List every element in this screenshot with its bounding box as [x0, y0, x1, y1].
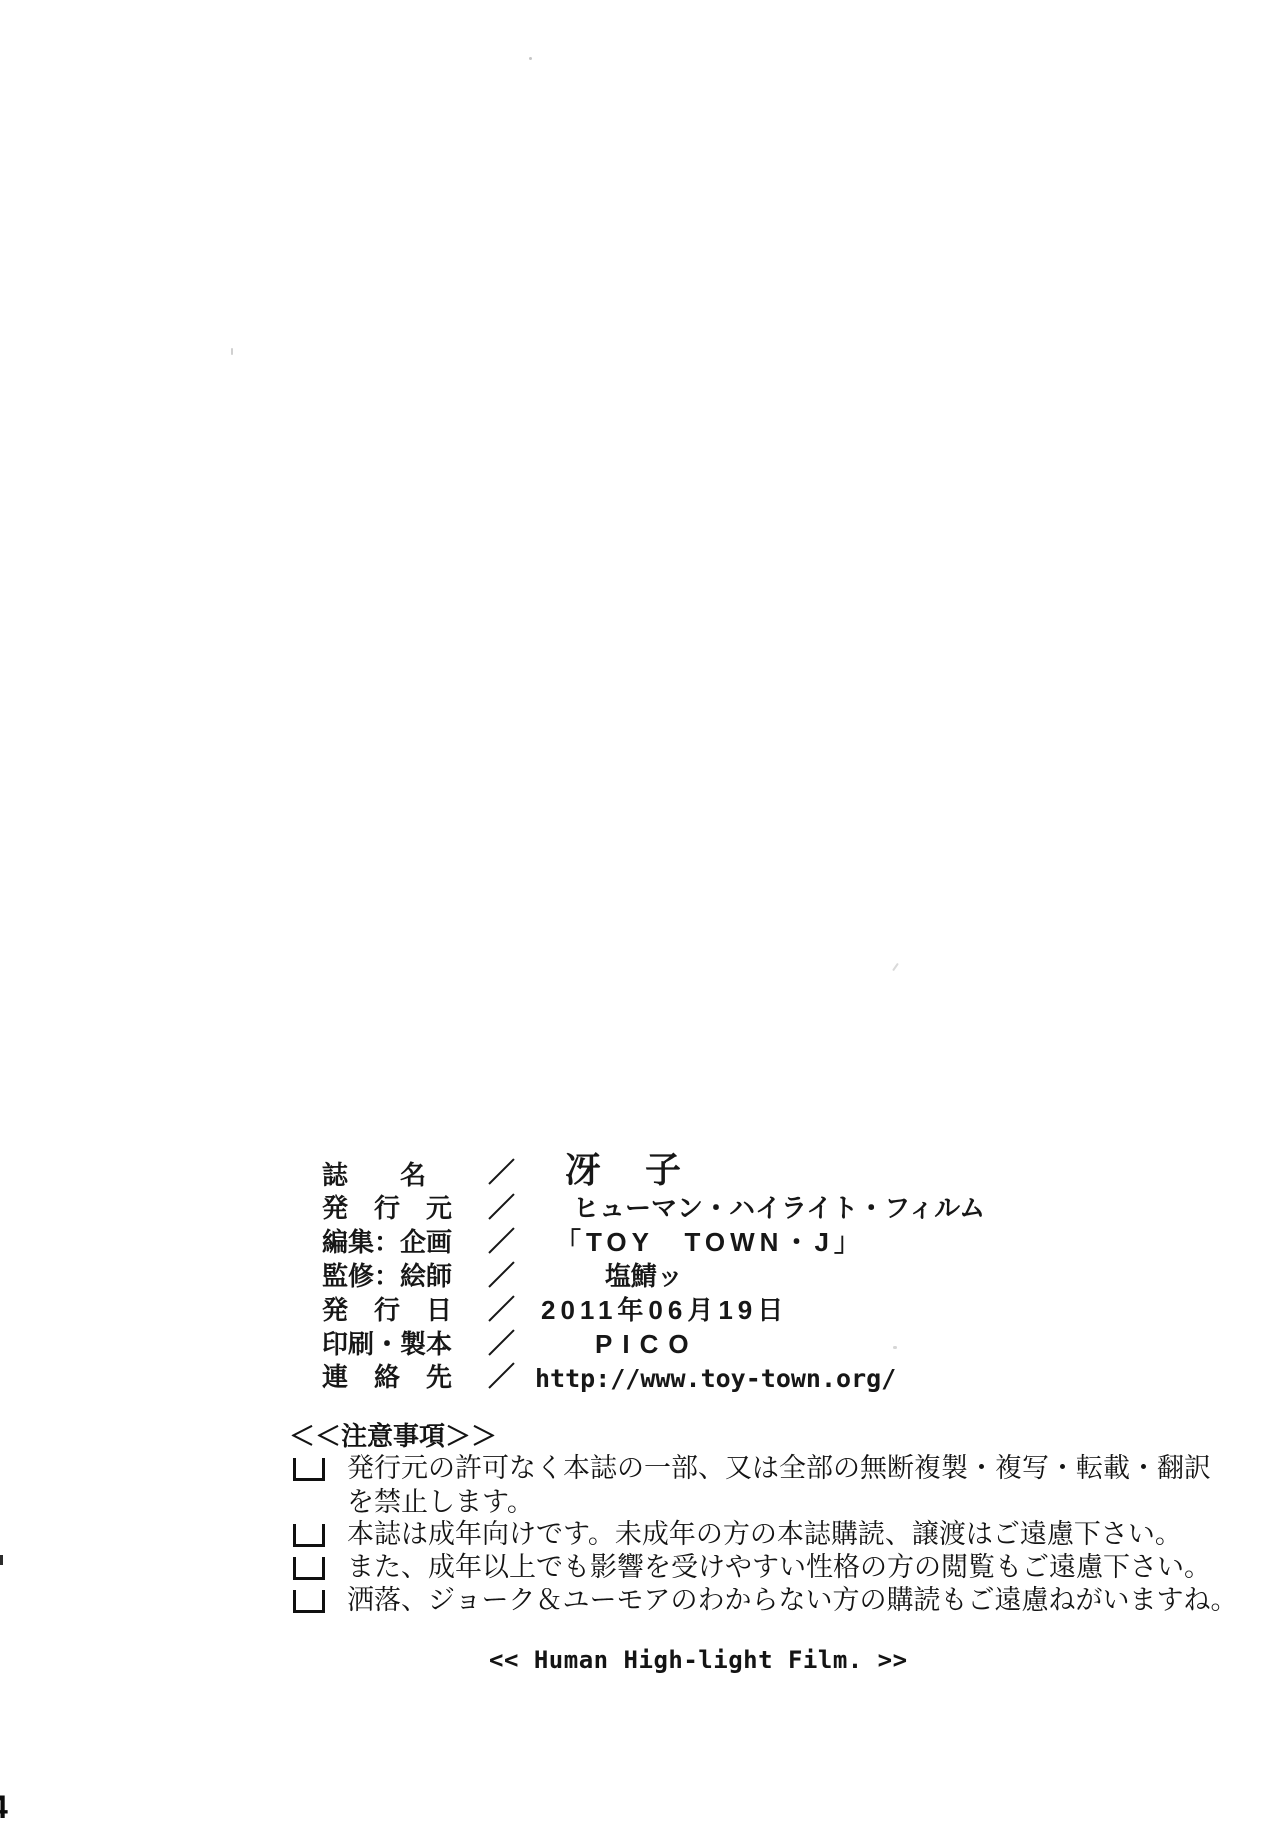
- field-label: 監修：絵師: [322, 1261, 452, 1291]
- publisher-name: ヒューマン・ハイライト・フィルム: [535, 1193, 985, 1223]
- field-label: 発 行 元: [322, 1193, 452, 1223]
- publication-date: 2011年06月19日: [535, 1295, 788, 1325]
- field-label: 編集：企画: [322, 1227, 452, 1257]
- separator-slash: ／: [488, 1158, 515, 1188]
- editing-group: 「TOY TOWN・J」: [535, 1227, 865, 1257]
- magazine-title: 冴 子: [535, 1152, 685, 1188]
- field-label: 印刷・製本: [322, 1329, 452, 1359]
- separator-slash: ／: [488, 1329, 515, 1359]
- contact-url: http://www.toy-town.org/: [535, 1364, 896, 1394]
- printer-name: PICO: [535, 1329, 699, 1359]
- notice-item-1-line-1: 発行元の許可なく本誌の一部、又は全部の無断複製・複写・転載・翻訳: [347, 1453, 1211, 1483]
- colophon-row-editing: 編集：企画 ／ 「TOY TOWN・J」: [0, 1227, 1280, 1263]
- notice-item-4: 洒落、ジョーク＆ユーモアのわからない方の購読もご遠慮ねがいますね。: [347, 1585, 1237, 1615]
- colophon-page: 誌 名 ／ 冴 子 発 行 元 ／ ヒューマン・ハイライト・フィルム 編集：企画…: [0, 0, 1280, 1829]
- scan-speck: [231, 348, 233, 355]
- scan-speck: [529, 57, 532, 60]
- notice-item-1-line-2: を禁止します。: [347, 1487, 534, 1517]
- checkbox-icon: [293, 1557, 325, 1580]
- separator-slash: ／: [488, 1193, 515, 1223]
- field-label: 発 行 日: [322, 1295, 452, 1325]
- separator-slash: ／: [488, 1295, 515, 1325]
- scan-edge-mark: [0, 1555, 3, 1565]
- circle-imprint: << Human High-light Film. >>: [489, 1646, 908, 1674]
- separator-slash: ／: [488, 1362, 515, 1392]
- colophon-row-title: 誌 名 ／ 冴 子: [0, 1152, 1280, 1188]
- checkbox-icon: [293, 1458, 325, 1481]
- colophon-row-publisher: 発 行 元 ／ ヒューマン・ハイライト・フィルム: [0, 1193, 1280, 1229]
- page-number: 4: [0, 1791, 8, 1823]
- checkbox-icon: [293, 1590, 325, 1613]
- scan-speck: [892, 963, 899, 972]
- colophon-row-contact: 連 絡 先 ／ http://www.toy-town.org/: [0, 1362, 1280, 1398]
- colophon-row-artist: 監修：絵師 ／ 塩鯖ッ: [0, 1261, 1280, 1297]
- checkbox-icon: [293, 1524, 325, 1547]
- separator-slash: ／: [488, 1227, 515, 1257]
- notice-item-2: 本誌は成年向けです。未成年の方の本誌購読、譲渡はご遠慮下さい。: [347, 1519, 1182, 1549]
- separator-slash: ／: [488, 1261, 515, 1291]
- artist-name: 塩鯖ッ: [535, 1261, 683, 1291]
- field-label: 誌 名: [322, 1160, 426, 1190]
- notice-item-3: また、成年以上でも影響を受けやすい性格の方の閲覧もご遠慮下さい。: [347, 1552, 1211, 1582]
- field-label: 連 絡 先: [322, 1362, 452, 1392]
- colophon-row-date: 発 行 日 ／ 2011年06月19日: [0, 1295, 1280, 1331]
- colophon-row-printer: 印刷・製本 ／ PICO: [0, 1329, 1280, 1365]
- notice-heading: ＜＜注意事項＞＞: [289, 1421, 497, 1451]
